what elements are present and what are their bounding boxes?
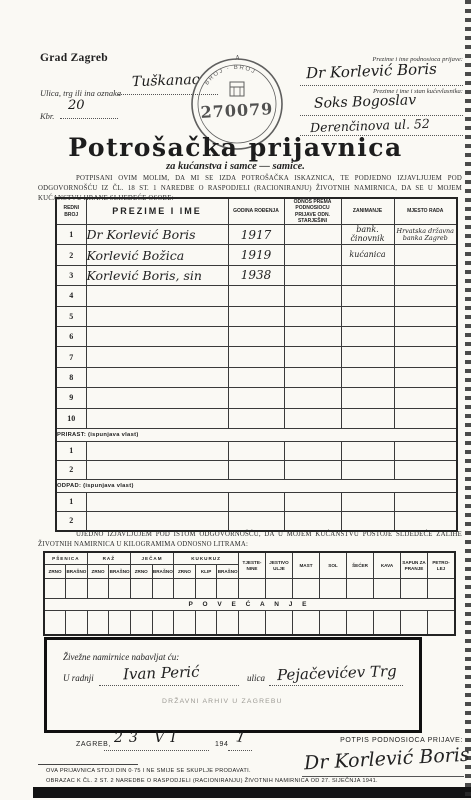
increase-cell xyxy=(293,611,320,636)
birth-year xyxy=(228,460,284,479)
person-name xyxy=(86,388,228,408)
person-name xyxy=(86,306,228,326)
workplace-cell xyxy=(394,347,457,367)
row-number: 8 xyxy=(56,367,86,387)
occupation-cell xyxy=(341,306,394,326)
occupation-cell xyxy=(341,408,394,428)
row-number: 1 xyxy=(56,225,86,245)
supply-sub-header: BRAŠNO xyxy=(66,565,88,579)
row-number: 7 xyxy=(56,347,86,367)
table-row: 1Dr Korlević Boris1917bank. činovnikHrva… xyxy=(56,225,457,245)
increase-cell xyxy=(347,611,374,636)
supply-sub-header: ZRNO xyxy=(87,565,109,579)
row-number: 2 xyxy=(56,460,86,479)
scanned-form-page: Grad Zagreb Ulica, trg ili ina oznaka Tu… xyxy=(0,0,471,800)
relation-cell xyxy=(284,306,341,326)
persons-header-row: REDNI BROJ PREZIME I IME GODINA ROĐENJA … xyxy=(56,198,457,225)
date-value: 23 VI xyxy=(114,730,182,746)
shop-field[interactable]: Ivan Perić xyxy=(99,662,239,686)
increase-cell xyxy=(374,611,401,636)
person-name xyxy=(86,460,228,479)
row-number: 6 xyxy=(56,326,86,346)
table-row: 1 xyxy=(56,492,457,511)
workplace-cell xyxy=(394,265,457,285)
supply-sub-header: ZRNO xyxy=(130,565,152,579)
owner-value: Soks Bogoslav xyxy=(314,92,417,112)
supply-group-header: RAŽ xyxy=(87,552,130,565)
supply-column-header: SOL xyxy=(320,552,347,579)
signature-value: Dr Korlević Boris xyxy=(304,744,471,775)
workplace-cell: Hrvatska državna banka Zagreb xyxy=(394,225,457,245)
stock-cell xyxy=(87,579,109,599)
table-row: 10 xyxy=(56,408,457,428)
birth-year xyxy=(228,441,284,460)
col-header-prezime: PREZIME I IME xyxy=(86,198,228,225)
increase-cell xyxy=(109,611,131,636)
person-name xyxy=(86,347,228,367)
relation-cell xyxy=(284,245,341,265)
house-no-label: Kbr. xyxy=(40,111,54,121)
supply-group-header: KUKURUZ xyxy=(174,552,239,565)
occupation-cell: bank. činovnik xyxy=(341,225,394,245)
occupation-cell xyxy=(341,441,394,460)
relation-cell xyxy=(284,347,341,367)
person-name: Korlević Boris, sin xyxy=(86,265,228,285)
person-name xyxy=(86,408,228,428)
scan-edge-perforation xyxy=(465,0,471,800)
increase-cell xyxy=(66,611,88,636)
row-number: 4 xyxy=(56,286,86,306)
increase-cell xyxy=(44,611,66,636)
odpad-table-body: 12 xyxy=(56,492,457,531)
increase-cell xyxy=(87,611,109,636)
form-title: Potrošačka prijavnica xyxy=(0,133,471,162)
shop-label: U radnji xyxy=(63,673,94,683)
signature-field[interactable]: Dr Korlević Boris xyxy=(302,744,464,777)
scan-bottom-bar xyxy=(33,787,471,798)
workplace-cell xyxy=(394,460,457,479)
person-name xyxy=(86,326,228,346)
stock-cell xyxy=(401,579,428,599)
supply-sub-header: BRAŠNO xyxy=(152,565,174,579)
birth-year xyxy=(228,286,284,306)
table-row: 8 xyxy=(56,367,457,387)
shop-street-label: ulica xyxy=(247,673,265,683)
person-name xyxy=(86,286,228,306)
birth-year xyxy=(228,367,284,387)
col-header-zanimanje: ZANIMANJE xyxy=(341,198,394,225)
supply-sub-header: ZRNO xyxy=(44,565,66,579)
occupation-cell xyxy=(341,326,394,346)
persons-table: REDNI BROJ PREZIME I IME GODINA ROĐENJA … xyxy=(55,197,458,532)
col-header-mjesto: MJESTO RADA xyxy=(394,198,457,225)
relation-cell xyxy=(284,460,341,479)
supply-column-header: PETRO- LEJ xyxy=(428,552,456,579)
row-number: 2 xyxy=(56,511,86,531)
table-row: 2Korlević Božica1919kućanica xyxy=(56,245,457,265)
city-name: Grad Zagreb xyxy=(40,52,108,64)
footer-line-2: OBRAZAC K ČL. 2 ST. 2 NAREDBE O RASPODJE… xyxy=(46,778,378,784)
supply-column-header: ŠEĆER xyxy=(347,552,374,579)
relation-cell xyxy=(284,511,341,531)
row-number: 10 xyxy=(56,408,86,428)
supply-sub-header: ZRNO xyxy=(174,565,196,579)
supplies-statement: UJEDNO IZJAVLJUJEM POD ISTOM ODGOVORNOŠĆ… xyxy=(38,530,462,550)
shop-value: Ivan Perić xyxy=(123,663,200,684)
house-no-field[interactable]: 20 xyxy=(60,98,118,119)
person-name xyxy=(86,441,228,460)
supply-sub-header: BRAŠNO xyxy=(109,565,131,579)
occupation-cell xyxy=(341,286,394,306)
table-row: 7 xyxy=(56,347,457,367)
relation-cell xyxy=(284,408,341,428)
table-row: 2 xyxy=(56,511,457,531)
supplies-stock-row xyxy=(44,579,455,599)
supply-column-header: SAPUN ZA PRANJE xyxy=(401,552,428,579)
year-field[interactable]: 1 xyxy=(228,730,252,751)
applicant-field[interactable]: Dr Korlević Boris xyxy=(300,60,463,86)
birth-year xyxy=(228,388,284,408)
occupation-cell xyxy=(341,347,394,367)
relation-cell xyxy=(284,388,341,408)
table-row: 5 xyxy=(56,306,457,326)
supply-column-header: TJESTE- NINE xyxy=(239,552,266,579)
owner-field[interactable]: Soks Bogoslav xyxy=(300,92,463,116)
street-label: Ulica, trg ili ina oznaka xyxy=(40,88,121,98)
row-number: 5 xyxy=(56,306,86,326)
increase-cell xyxy=(239,611,266,636)
increase-cell xyxy=(217,611,239,636)
shop-street-field[interactable]: Pejačevićev Trg xyxy=(269,662,403,686)
persons-table-body: 1Dr Korlević Boris1917bank. činovnikHrva… xyxy=(56,225,457,429)
increase-cell xyxy=(266,611,293,636)
relation-cell xyxy=(284,492,341,511)
house-no-value: 20 xyxy=(68,98,85,113)
person-name: Korlević Božica xyxy=(86,245,228,265)
birth-year xyxy=(228,492,284,511)
birth-year xyxy=(228,347,284,367)
workplace-cell xyxy=(394,245,457,265)
supplies-increase-label-row: P O V E Ć A N J E xyxy=(44,599,455,611)
supply-group-header: PŠENICA xyxy=(44,552,87,565)
stock-cell xyxy=(44,579,66,599)
signature-label: POTPIS PODNOSIOCA PRIJAVE: xyxy=(330,737,463,744)
year-value: 1 xyxy=(235,729,247,746)
increase-cell xyxy=(152,611,174,636)
prirast-table-body: 12 xyxy=(56,441,457,479)
form-subtitle: za kućanstva i samce — samice. xyxy=(0,161,471,172)
person-name xyxy=(86,367,228,387)
stock-cell xyxy=(130,579,152,599)
workplace-cell xyxy=(394,286,457,306)
table-row: 2 xyxy=(56,460,457,479)
workplace-cell xyxy=(394,306,457,326)
stock-cell xyxy=(266,579,293,599)
footer-divider xyxy=(38,764,138,765)
supply-sub-header: BRAŠNO xyxy=(217,565,239,579)
occupation-cell xyxy=(341,367,394,387)
col-header-godina: GODINA ROĐENJA xyxy=(228,198,284,225)
date-field[interactable]: 23 VI xyxy=(104,730,209,751)
occupation-cell xyxy=(341,388,394,408)
increase-cell xyxy=(401,611,428,636)
birth-year: 1919 xyxy=(228,245,284,265)
birth-year xyxy=(228,326,284,346)
table-row: 1 xyxy=(56,441,457,460)
shop-heading: Živežne namirnice nabavljat ću: xyxy=(63,652,179,662)
stock-cell xyxy=(374,579,401,599)
relation-cell xyxy=(284,286,341,306)
shop-street-value: Pejačevićev Trg xyxy=(277,662,397,684)
birth-year xyxy=(228,408,284,428)
supplies-increase-row xyxy=(44,611,455,636)
stock-cell xyxy=(320,579,347,599)
workplace-cell xyxy=(394,326,457,346)
row-number: 1 xyxy=(56,492,86,511)
stock-cell xyxy=(293,579,320,599)
occupation-cell xyxy=(341,492,394,511)
workplace-cell xyxy=(394,367,457,387)
row-number: 3 xyxy=(56,265,86,285)
stock-cell xyxy=(195,579,217,599)
stock-cell xyxy=(347,579,374,599)
archive-stamp-text: DRŽAVNI ARHIV U ZAGREBU xyxy=(162,698,283,705)
birth-year xyxy=(228,511,284,531)
col-header-odnos: ODNOS PREMA PODNOSIOCU PRIJAVE ODN. STAR… xyxy=(284,198,341,225)
col-header-rednibroj: REDNI BROJ xyxy=(56,198,86,225)
increase-cell xyxy=(130,611,152,636)
increase-cell xyxy=(174,611,196,636)
stock-cell xyxy=(152,579,174,599)
supply-column-header: JESTIVO ULJE xyxy=(266,552,293,579)
occupation-cell: kućanica xyxy=(341,245,394,265)
workplace-cell xyxy=(394,408,457,428)
table-row: 6 xyxy=(56,326,457,346)
supplies-group-header-row: PŠENICARAŽJEČAMKUKURUZTJESTE- NINEJESTIV… xyxy=(44,552,455,565)
year-prefix: 194 xyxy=(215,741,228,748)
row-number: 9 xyxy=(56,388,86,408)
workplace-cell xyxy=(394,388,457,408)
occupation-cell xyxy=(341,460,394,479)
prirast-section-label: PRIRAST: (ispunjava vlast) xyxy=(56,428,457,441)
supplies-table: PŠENICARAŽJEČAMKUKURUZTJESTE- NINEJESTIV… xyxy=(43,551,456,636)
applicant-value: Dr Korlević Boris xyxy=(306,60,437,83)
relation-cell xyxy=(284,367,341,387)
workplace-cell xyxy=(394,492,457,511)
supply-column-header: MAST xyxy=(293,552,320,579)
relation-cell xyxy=(284,225,341,245)
birth-year: 1938 xyxy=(228,265,284,285)
workplace-cell xyxy=(394,511,457,531)
supply-sub-header: KLIP xyxy=(195,565,217,579)
person-name xyxy=(86,492,228,511)
table-row: 9 xyxy=(56,388,457,408)
workplace-cell xyxy=(394,441,457,460)
increase-cell xyxy=(320,611,347,636)
relation-cell xyxy=(284,265,341,285)
supply-column-header: KAVA xyxy=(374,552,401,579)
increase-cell xyxy=(195,611,217,636)
person-name: Dr Korlević Boris xyxy=(86,225,228,245)
shop-box: Živežne namirnice nabavljat ću: U radnji… xyxy=(44,637,422,733)
stock-cell xyxy=(217,579,239,599)
table-row: 3Korlević Boris, sin1938 xyxy=(56,265,457,285)
footer-line-1: OVA PRIJAVNICA STOJI DIN 0·75 I NE SMIJE… xyxy=(46,768,251,774)
stamp-top-mark: A. xyxy=(235,54,242,62)
stock-cell xyxy=(428,579,456,599)
row-number: 2 xyxy=(56,245,86,265)
odpad-section-label: ODPAD: (ispunjava vlast) xyxy=(56,479,457,492)
birth-year xyxy=(228,306,284,326)
increase-cell xyxy=(428,611,456,636)
occupation-cell xyxy=(341,265,394,285)
stock-cell xyxy=(109,579,131,599)
row-number: 1 xyxy=(56,441,86,460)
stock-cell xyxy=(66,579,88,599)
relation-cell xyxy=(284,441,341,460)
stamp-number: 270079 xyxy=(200,99,274,122)
stock-cell xyxy=(239,579,266,599)
person-name xyxy=(86,511,228,531)
stock-cell xyxy=(174,579,196,599)
table-row: 4 xyxy=(56,286,457,306)
supply-group-header: JEČAM xyxy=(130,552,173,565)
birth-year: 1917 xyxy=(228,225,284,245)
increase-label: P O V E Ć A N J E xyxy=(44,599,455,611)
occupation-cell xyxy=(341,511,394,531)
relation-cell xyxy=(284,326,341,346)
